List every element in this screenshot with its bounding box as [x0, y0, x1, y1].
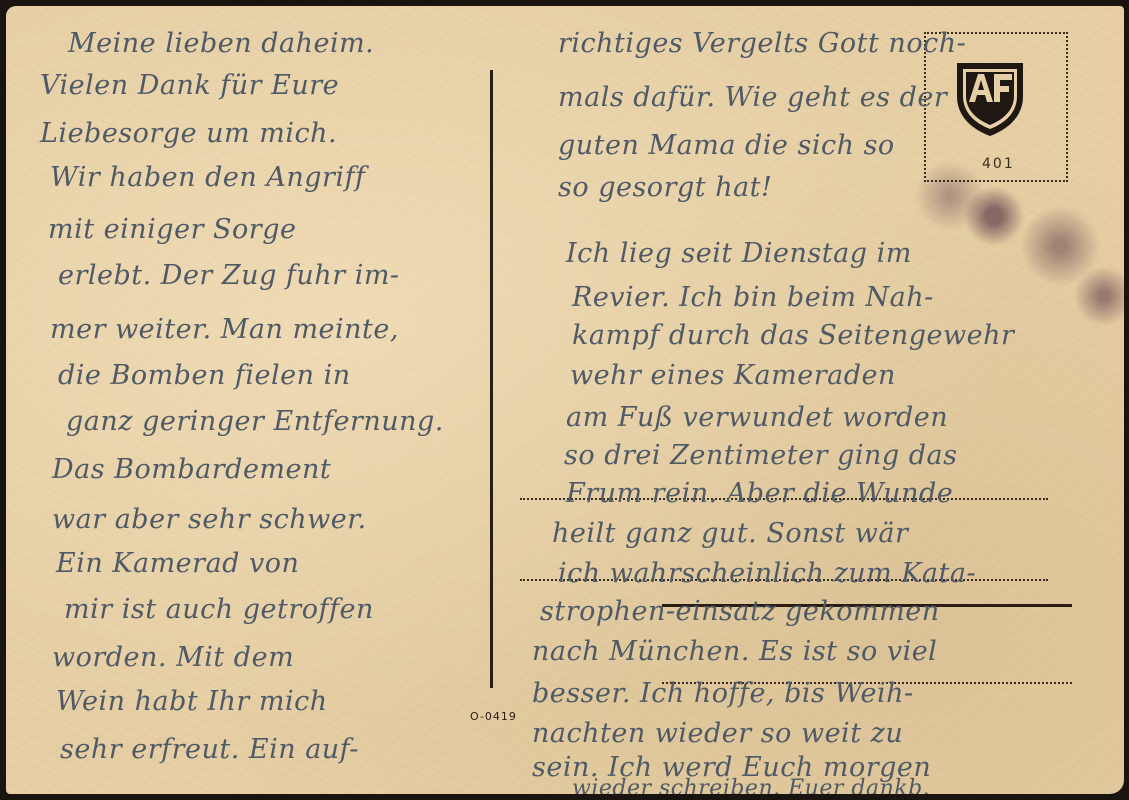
handwritten-line: nach München. Es ist so viel	[532, 636, 937, 667]
handwritten-line: guten Mama die sich so	[558, 130, 895, 161]
handwritten-line: richtiges Vergelts Gott noch-	[558, 28, 966, 59]
handwritten-line: sehr erfreut. Ein auf-	[60, 734, 359, 765]
handwritten-line: heilt ganz gut. Sonst wär	[552, 518, 908, 549]
printed-code: O-0419	[470, 710, 517, 723]
handwritten-line: Wir haben den Angriff	[50, 162, 366, 193]
handwritten-line: kampf durch das Seitengewehr	[572, 320, 1014, 351]
handwritten-line: ganz geringer Entfernung.	[66, 406, 444, 437]
column-divider	[490, 70, 493, 688]
handwritten-line: Ein Kamerad von	[56, 548, 299, 579]
handwritten-line: mals dafür. Wie geht es der	[558, 82, 947, 113]
postcard: 401 O-0419 Meine lieben daheim. Vielen D…	[6, 6, 1124, 794]
handwritten-line: worden. Mit dem	[52, 642, 294, 673]
handwritten-line: mer weiter. Man meinte,	[50, 314, 399, 345]
handwritten-line: nachten wieder so weit zu	[532, 718, 903, 749]
handwritten-line: Das Bombardement	[52, 454, 331, 485]
af-shield-logo-icon	[954, 60, 1026, 138]
handwritten-line: Revier. Ich bin beim Nah-	[572, 282, 934, 313]
handwritten-line: war aber sehr schwer.	[52, 504, 367, 535]
handwritten-line: strophen-einsatz gekommen	[540, 596, 940, 627]
handwritten-line: so gesorgt hat!	[558, 172, 772, 203]
handwritten-line: so drei Zentimeter ging das	[564, 440, 958, 471]
handwritten-line: ich wahrscheinlich zum Kata-	[558, 558, 976, 589]
handwritten-line: Wein habt Ihr mich	[56, 686, 328, 717]
handwritten-line: erlebt. Der Zug fuhr im-	[58, 260, 400, 291]
handwritten-line: Vielen Dank für Eure	[40, 70, 339, 101]
handwritten-line: am Fuß verwundet worden	[566, 402, 948, 433]
handwritten-line: Meine lieben daheim.	[68, 28, 374, 59]
handwritten-line: Liebesorge um mich.	[40, 118, 337, 149]
handwritten-line: die Bomben fielen in	[58, 360, 351, 391]
handwritten-line: Frum rein. Aber die Wunde	[566, 478, 953, 509]
handwritten-line: besser. Ich hoffe, bis Weih-	[532, 678, 914, 709]
handwritten-line: Ich lieg seit Dienstag im	[566, 238, 912, 269]
stamp-number: 401	[982, 156, 1015, 172]
handwritten-line: wehr eines Kameraden	[570, 360, 896, 391]
handwritten-line: mit einiger Sorge	[48, 214, 296, 245]
handwritten-line: wieder schreiben. Euer dankb.	[572, 776, 930, 794]
handwritten-line: mir ist auch getroffen	[64, 594, 374, 625]
